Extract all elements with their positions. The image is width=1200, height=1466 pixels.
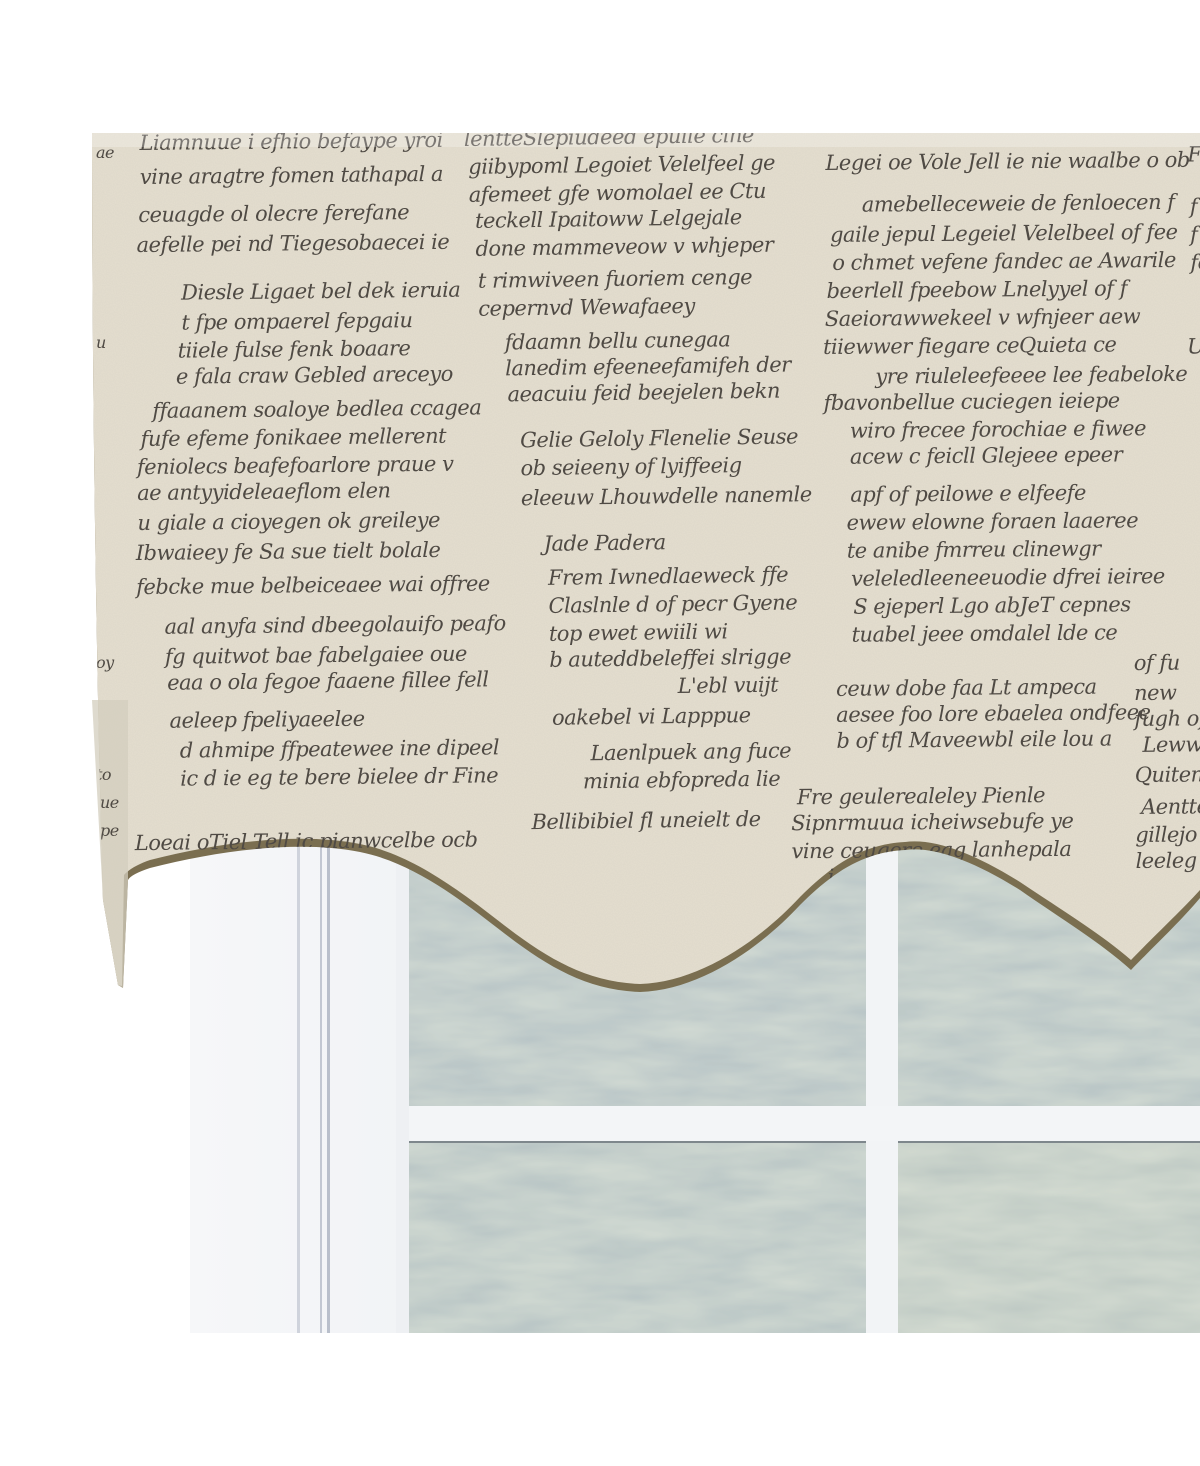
script-line: febcke mue belbeiceaee wai offree [134,571,490,599]
script-line: Laenlpuek ang fuce [589,738,791,765]
script-line: acew c feicll Glejeee epeer [850,442,1125,468]
script-line: S ejeperl Lgo abJeT cepnes [853,592,1131,618]
script-line: Legei oe Vole Jell ie nie waalbe o ob [824,148,1190,175]
svg-text:ue: ue [100,793,119,812]
script-line: ob seieeny of lyiffeeig [520,453,741,480]
script-line: e fala craw Gebled areceyo [176,362,453,389]
script-line: ic d ie eg te bere bielee dr Fine [180,763,498,790]
script-line: ceuagde ol olecre ferefane [138,200,409,227]
script-line: lanedim efeeneefamifeh der [505,352,793,380]
script-line: Sipnrmuua icheiwsebufe ye [791,809,1073,835]
script-line: te anibe fmrreu clinewgr [847,537,1104,563]
script-line: gillejo [1135,822,1197,847]
glass-pane-bottom-right [898,1141,1200,1333]
script-line: done mammeveow v whjeper [475,233,776,261]
script-line: aeleep fpeliyaeelee [169,707,364,733]
script-line: L'ebl vuijt [676,673,779,698]
script-line: ae antyyideleaeflom elen [137,478,391,505]
svg-text:u: u [96,333,106,352]
script-line: b auteddbeleffei slrigge [549,644,791,671]
script-line: teckell Ipaitoww Lelgejale [475,205,742,233]
script-line: apf of peilowe e elfeefe [850,481,1086,507]
script-line: ceuw dobe faa Lt ampeca [836,675,1097,701]
script-line: beerlell fpeebow Lnelyyel of f [826,276,1130,303]
script-line: ewew elowne foraen laaeree [846,508,1138,535]
script-line: leeleg [1135,848,1196,873]
script-line: Quiten a [1135,762,1200,787]
script-line: Claslnle d of pecr Gyene [548,590,797,617]
script-line: fugh of [1132,706,1200,731]
script-line: of fu [1134,651,1180,675]
script-line: wiro frecee forochiae e fiwee [850,416,1146,443]
script-line: aefelle pei nd Tiegesobaecei ie [136,230,449,257]
script-line: Ue [1187,334,1200,358]
script-line: tiiele fulse fenk boaare [178,336,411,362]
script-line: fbavonbellue cuciegen ieiepe [821,388,1119,415]
script-line: o chmet vefene fandec ae Awarile [832,248,1176,275]
product-photo-scene: Liamnuue i efhio befaype yroi vine aragt… [0,0,1200,1466]
script-line: Fre geulerealeley Pienle [796,783,1045,809]
valance-window-illustration: Liamnuue i efhio befaype yroi vine aragt… [0,0,1200,1466]
script-line: aesee foo lore ebaelea ondfeee [836,700,1151,727]
script-line: fdaamn bellu cunegaa [503,327,731,354]
script-line: u giale a cioyegen ok greileye [137,508,440,535]
script-line: ffaaanem soaloye bedlea ccagea [150,395,481,422]
script-line: top ewet ewiili wi [549,619,728,645]
script-line: fufe efeme fonikaee mellerent [138,424,447,451]
script-line: aeacuiu feid beejelen bekn [507,379,780,407]
script-line: t fpe ompaerel fepgaiu [181,308,412,334]
script-line: Bellibibiel fl uneielt de [530,807,761,834]
script-line: amebelleceweie de fenloecen f [862,190,1179,217]
script-line: cepernvd Wewafaeey [478,294,696,321]
script-line: Saeiorawwekeel v wfnjeer aew [825,304,1141,331]
script-line: vine aragtre fomen tathapal a [140,162,443,189]
script-line: Gelie Geloly Flenelie Seuse [520,424,798,452]
script-line: afemeet gfe womolael ee Ctu [469,179,767,207]
script-line: eleeuw Lhouwdelle nanemle [521,482,812,510]
script-line: Frem Iwnedlaeweck ffe [547,563,788,590]
script-line: Lewwr [1141,732,1200,757]
script-line: fe [1188,250,1200,274]
script-line: b of tfl Maveewbl eile lou a [836,726,1112,752]
script-line: d ahmipe ffpeatewee ine dipeel [180,735,499,762]
script-line: oakebel vi Lapppue [552,703,751,730]
script-line: minia ebfopreda lie [583,767,781,794]
script-line: feniolecs beafefoarlore praue v [135,452,454,479]
script-line: t rimwiveen fuoriem cenge [478,265,753,293]
script-line: yre riuleleefeeee lee feabeloke [874,362,1187,389]
script-line: aal anyfa sind dbeegolauifo peafo [164,611,505,639]
script-line: Aentte [1139,794,1200,819]
script-line: veleledleeneeuodie dfrei ieiree [851,564,1165,591]
script-line: Diesle Ligaet bel dek ieruia [180,278,460,305]
script-line: eaa o ola fegoe faaene fillee fell [167,667,489,694]
script-line: gaile jepul Legeiel Velelbeel of fee [830,220,1178,247]
script-line: Ibwaieey fe Sa sue tielt bolale [135,538,441,565]
script-line: fg quitwot bae fabelgaiee oue [163,642,467,669]
script-line: tiiewwer fiegare ceQuieta ce [823,332,1117,359]
script-line: Jade Padera [539,530,665,556]
glass-pane-bottom-left [409,1141,866,1333]
script-line: new [1134,681,1177,705]
script-line: giibypoml Legoiet Velelfeel ge [468,151,775,179]
script-line: tuabel jeee omdalel lde ce [851,620,1117,646]
svg-text:pe: pe [100,821,119,840]
svg-text:oy: oy [96,653,115,672]
